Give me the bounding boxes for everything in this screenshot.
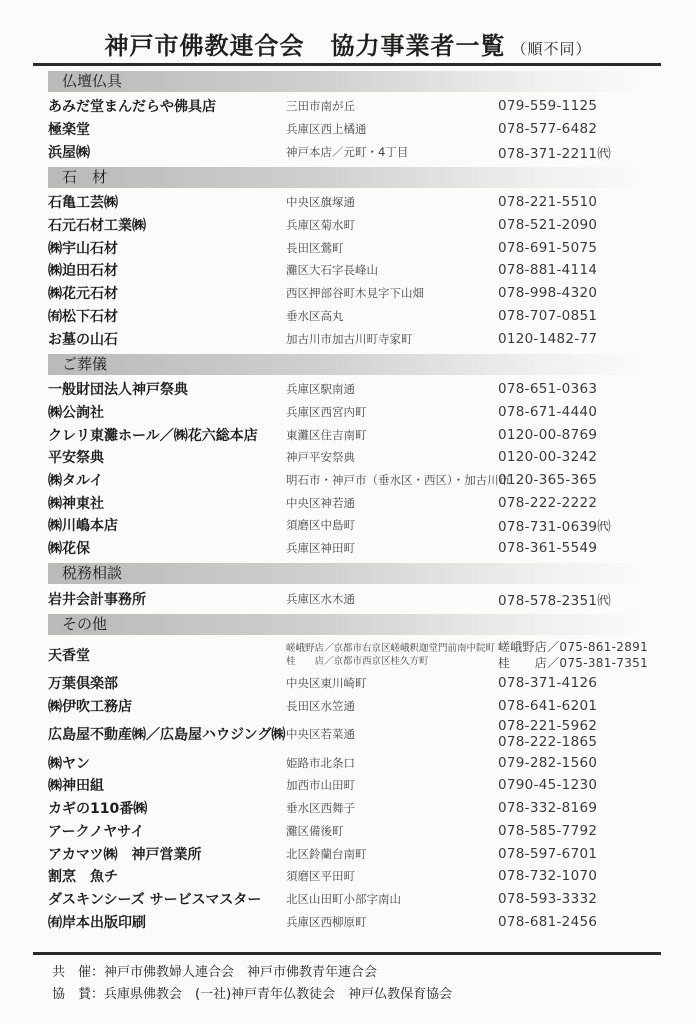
list-item: カギの110番㈱垂水区西舞子078-332-8169 bbox=[48, 797, 648, 820]
list-item: お墓の山石加古川市加古川町寺家町0120-1482-77 bbox=[48, 327, 648, 350]
cohost-text: 神戸市佛教婦人連合会 神戸市佛教青年連合会 bbox=[104, 965, 377, 980]
business-phone: 079-559-1125 bbox=[498, 98, 597, 114]
business-phone: 078-577-6482 bbox=[498, 121, 597, 137]
business-name: アカマツ㈱ 神戸営業所 bbox=[48, 844, 286, 864]
business-phone: 0120-1482-77 bbox=[498, 331, 597, 347]
business-name: 浜屋㈱ bbox=[48, 142, 286, 162]
business-phone: 078-671-4440 bbox=[498, 404, 597, 420]
business-address: 北区山田町小部字南山 bbox=[286, 891, 498, 907]
section: その他天香堂嵯峨野店／京都市右京区嵯峨釈迦堂門前南中院町桂 店／京都市西京区桂久… bbox=[48, 614, 648, 933]
business-phone: 078-332-8169 bbox=[498, 800, 597, 816]
business-phone: 078-731-0639㈹ bbox=[498, 515, 611, 535]
business-name: お墓の山石 bbox=[48, 329, 286, 349]
business-address: 長田区水笠通 bbox=[286, 698, 498, 714]
list-item: ㈱伊吹工務店長田区水笠通078-641-6201 bbox=[48, 695, 648, 718]
business-phone: 078-578-2351㈹ bbox=[498, 589, 611, 609]
business-address: 兵庫区菊水町 bbox=[286, 217, 498, 233]
business-phone: 078-691-5075 bbox=[498, 240, 597, 256]
footer-cohost: 共 催：神戸市佛教婦人連合会 神戸市佛教青年連合会 bbox=[52, 962, 452, 984]
business-phone: 078-641-6201 bbox=[498, 698, 597, 714]
business-name: アークノヤサイ bbox=[48, 821, 286, 841]
business-address: 灘区大石字長峰山 bbox=[286, 262, 498, 278]
business-phone: 078-651-0363 bbox=[498, 381, 597, 397]
business-address: 中央区神若通 bbox=[286, 495, 498, 511]
business-address: 神戸本店／元町・4丁目 bbox=[286, 144, 498, 160]
business-address: 三田市南が丘 bbox=[286, 98, 498, 114]
business-phone: 078-732-1070 bbox=[498, 868, 597, 884]
business-name: 割烹 魚チ bbox=[48, 866, 286, 886]
business-name: ㈱川嶋本店 bbox=[48, 515, 286, 535]
business-name: 一般財団法人神戸祭典 bbox=[48, 379, 286, 399]
business-address: 神戸平安祭典 bbox=[286, 449, 498, 465]
cohost-label: 共 催： bbox=[52, 965, 104, 980]
list-item: 広島屋不動産㈱／広島屋ハウジング㈱中央区若菜通078-221-5962078-2… bbox=[48, 717, 648, 751]
business-name: ㈱公詢社 bbox=[48, 402, 286, 422]
title-sub-main: 協力事業者一覧 bbox=[330, 32, 505, 60]
business-phone: 078-681-2456 bbox=[498, 914, 597, 930]
business-phone: 0120-00-8769 bbox=[498, 427, 597, 443]
business-address: 加西市山田町 bbox=[286, 777, 498, 793]
business-phone: 0120-00-3242 bbox=[498, 449, 597, 465]
business-address: 兵庫区西柳原町 bbox=[286, 914, 498, 930]
business-address: 嵯峨野店／京都市右京区嵯峨釈迦堂門前南中院町桂 店／京都市西京区桂久方町 bbox=[286, 642, 498, 668]
business-address: 垂水区西舞子 bbox=[286, 800, 498, 816]
business-address: 兵庫区西宮内町 bbox=[286, 404, 498, 420]
business-name: ダスキンシーズ サービスマスター bbox=[48, 889, 286, 909]
list-item: アークノヤサイ灘区備後町078-585-7792 bbox=[48, 820, 648, 843]
business-phone: 078-521-2090 bbox=[498, 217, 597, 233]
list-item: ㈱タルイ明石市・神戸市（垂水区・西区）・加古川市0120-365-365 bbox=[48, 469, 648, 492]
section-header: 仏壇仏具 bbox=[48, 71, 648, 92]
list-item: ㈱花元石材西区押部谷町木見字下山畑078-998-4320 bbox=[48, 282, 648, 305]
title-main: 神戸市佛教連合会 bbox=[104, 32, 304, 60]
business-name: 石元石材工業㈱ bbox=[48, 215, 286, 235]
list-item: 天香堂嵯峨野店／京都市右京区嵯峨釈迦堂門前南中院町桂 店／京都市西京区桂久方町嵯… bbox=[48, 638, 648, 672]
business-phone: 078-881-4114 bbox=[498, 262, 597, 278]
business-name: ㈲松下石材 bbox=[48, 306, 286, 326]
business-address: 須磨区中島町 bbox=[286, 517, 498, 533]
business-phone: 078-221-5510 bbox=[498, 194, 597, 210]
footer-support: 協 賛：兵庫県佛教会 (一社)神戸青年仏教徒会 神戸仏教保育協会 bbox=[52, 984, 452, 1006]
list-item: ㈱川嶋本店須磨区中島町078-731-0639㈹ bbox=[48, 514, 648, 537]
business-phone: 嵯峨野店／075-861-2891桂 店／075-381-7351 bbox=[498, 639, 648, 671]
list-item: ㈱ヤン姫路市北条口079-282-1560 bbox=[48, 751, 648, 774]
list-item: アカマツ㈱ 神戸営業所北区鈴蘭台南町078-597-6701 bbox=[48, 842, 648, 865]
business-address: 兵庫区神田町 bbox=[286, 540, 498, 556]
business-address: 加古川市加古川町寺家町 bbox=[286, 331, 498, 347]
title-note: （順不同） bbox=[511, 40, 591, 58]
business-phone: 078-361-5549 bbox=[498, 540, 597, 556]
business-address: 北区鈴蘭台南町 bbox=[286, 846, 498, 862]
business-phone: 078-707-0851 bbox=[498, 308, 597, 324]
list-item: ㈲岸本出版印刷兵庫区西柳原町078-681-2456 bbox=[48, 910, 648, 933]
business-address: 東灘区住吉南町 bbox=[286, 427, 498, 443]
list-item: ㈱宇山石材長田区鶯町078-691-5075 bbox=[48, 236, 648, 259]
section-header: 税務相談 bbox=[48, 563, 648, 584]
address-line: 桂 店／京都市西京区桂久方町 bbox=[286, 655, 498, 668]
list-item: 極楽堂兵庫区西上橘通078-577-6482 bbox=[48, 118, 648, 141]
business-name: 極楽堂 bbox=[48, 119, 286, 139]
business-address: 兵庫区西上橘通 bbox=[286, 121, 498, 137]
phone-line: 嵯峨野店／075-861-2891 bbox=[498, 639, 648, 655]
list-item: 石亀工芸㈱中央区旗塚通078-221-5510 bbox=[48, 191, 648, 214]
section: 石 材石亀工芸㈱中央区旗塚通078-221-5510石元石材工業㈱兵庫区菊水町0… bbox=[48, 167, 648, 350]
phone-line: 078-222-1865 bbox=[498, 734, 597, 750]
business-address: 長田区鶯町 bbox=[286, 240, 498, 256]
list-item: ㈱迫田石材灘区大石字長峰山078-881-4114 bbox=[48, 259, 648, 282]
business-name: ㈱タルイ bbox=[48, 470, 286, 490]
business-name: ㈱神田組 bbox=[48, 775, 286, 795]
footer: 共 催：神戸市佛教婦人連合会 神戸市佛教青年連合会 協 賛：兵庫県佛教会 (一社… bbox=[52, 962, 452, 1006]
sections-list: 仏壇仏具あみだ堂まんだらや佛具店三田市南が丘079-559-1125極楽堂兵庫区… bbox=[48, 71, 648, 937]
business-name: カギの110番㈱ bbox=[48, 798, 286, 818]
bottom-divider bbox=[33, 952, 661, 955]
list-item: 浜屋㈱神戸本店／元町・4丁目078-371-2211㈹ bbox=[48, 140, 648, 163]
business-phone: 078-221-5962078-222-1865 bbox=[498, 718, 597, 750]
business-name: ㈱宇山石材 bbox=[48, 238, 286, 258]
business-address: 中央区旗塚通 bbox=[286, 194, 498, 210]
support-text: 兵庫県佛教会 (一社)神戸青年仏教徒会 神戸仏教保育協会 bbox=[104, 987, 452, 1002]
section: 仏壇仏具あみだ堂まんだらや佛具店三田市南が丘079-559-1125極楽堂兵庫区… bbox=[48, 71, 648, 163]
business-address: 兵庫区駅南通 bbox=[286, 381, 498, 397]
business-address: 灘区備後町 bbox=[286, 823, 498, 839]
list-item: 一般財団法人神戸祭典兵庫区駅南通078-651-0363 bbox=[48, 378, 648, 401]
phone-line: 078-221-5962 bbox=[498, 718, 597, 734]
list-item: クレリ東灘ホール／㈱花六総本店東灘区住吉南町0120-00-8769 bbox=[48, 423, 648, 446]
list-item: あみだ堂まんだらや佛具店三田市南が丘079-559-1125 bbox=[48, 95, 648, 118]
business-address: 中央区若菜通 bbox=[286, 726, 498, 742]
business-name: 平安祭典 bbox=[48, 447, 286, 467]
business-name: 万葉倶楽部 bbox=[48, 673, 286, 693]
list-item: ㈱公詢社兵庫区西宮内町078-671-4440 bbox=[48, 401, 648, 424]
business-phone: 078-371-2211㈹ bbox=[498, 142, 611, 162]
business-name: ㈱迫田石材 bbox=[48, 260, 286, 280]
business-phone: 079-282-1560 bbox=[498, 755, 597, 771]
business-name: あみだ堂まんだらや佛具店 bbox=[48, 96, 286, 116]
business-name: ㈱花保 bbox=[48, 538, 286, 558]
section: ご葬儀一般財団法人神戸祭典兵庫区駅南通078-651-0363㈱公詢社兵庫区西宮… bbox=[48, 354, 648, 560]
section-header: その他 bbox=[48, 614, 648, 635]
business-phone: 078-998-4320 bbox=[498, 285, 597, 301]
section-header: ご葬儀 bbox=[48, 354, 648, 375]
list-item: ㈱神田組加西市山田町0790-45-1230 bbox=[48, 774, 648, 797]
phone-line: 桂 店／075-381-7351 bbox=[498, 655, 648, 671]
business-name: ㈲岸本出版印刷 bbox=[48, 912, 286, 932]
section-header: 石 材 bbox=[48, 167, 648, 188]
address-line: 嵯峨野店／京都市右京区嵯峨釈迦堂門前南中院町 bbox=[286, 642, 498, 655]
business-name: 石亀工芸㈱ bbox=[48, 192, 286, 212]
page-title: 神戸市佛教連合会協力事業者一覧（順不同） bbox=[0, 26, 696, 61]
business-phone: 078-593-3332 bbox=[498, 891, 597, 907]
list-item: 平安祭典神戸平安祭典0120-00-3242 bbox=[48, 446, 648, 469]
business-name: 広島屋不動産㈱／広島屋ハウジング㈱ bbox=[48, 724, 286, 744]
business-name: クレリ東灘ホール／㈱花六総本店 bbox=[48, 425, 286, 445]
list-item: ㈱花保兵庫区神田町078-361-5549 bbox=[48, 537, 648, 560]
business-address: 須磨区平田町 bbox=[286, 868, 498, 884]
business-phone: 0120-365-365 bbox=[498, 472, 597, 488]
business-phone: 0790-45-1230 bbox=[498, 777, 597, 793]
list-item: ダスキンシーズ サービスマスター北区山田町小部字南山078-593-3332 bbox=[48, 888, 648, 911]
business-name: 天香堂 bbox=[48, 645, 286, 665]
business-address: 明石市・神戸市（垂水区・西区）・加古川市 bbox=[286, 472, 498, 488]
business-address: 中央区東川崎町 bbox=[286, 675, 498, 691]
business-name: ㈱ヤン bbox=[48, 753, 286, 773]
business-phone: 078-222-2222 bbox=[498, 495, 597, 511]
business-phone: 078-597-6701 bbox=[498, 846, 597, 862]
list-item: ㈲松下石材垂水区高丸078-707-0851 bbox=[48, 305, 648, 328]
business-name: ㈱神東社 bbox=[48, 493, 286, 513]
business-phone: 078-371-4126 bbox=[498, 675, 597, 691]
business-name: ㈱花元石材 bbox=[48, 283, 286, 303]
business-address: 姫路市北条口 bbox=[286, 755, 498, 771]
support-label: 協 賛： bbox=[52, 987, 104, 1002]
business-address: 西区押部谷町木見字下山畑 bbox=[286, 285, 498, 301]
section: 税務相談岩井会計事務所兵庫区水木通078-578-2351㈹ bbox=[48, 563, 648, 610]
list-item: 万葉倶楽部中央区東川崎町078-371-4126 bbox=[48, 672, 648, 695]
business-address: 垂水区高丸 bbox=[286, 308, 498, 324]
business-name: 岩井会計事務所 bbox=[48, 589, 286, 609]
top-divider bbox=[33, 63, 661, 66]
business-phone: 078-585-7792 bbox=[498, 823, 597, 839]
business-name: ㈱伊吹工務店 bbox=[48, 696, 286, 716]
list-item: 割烹 魚チ須磨区平田町078-732-1070 bbox=[48, 865, 648, 888]
list-item: ㈱神東社中央区神若通078-222-2222 bbox=[48, 491, 648, 514]
business-address: 兵庫区水木通 bbox=[286, 591, 498, 607]
list-item: 岩井会計事務所兵庫区水木通078-578-2351㈹ bbox=[48, 587, 648, 610]
list-item: 石元石材工業㈱兵庫区菊水町078-521-2090 bbox=[48, 214, 648, 237]
